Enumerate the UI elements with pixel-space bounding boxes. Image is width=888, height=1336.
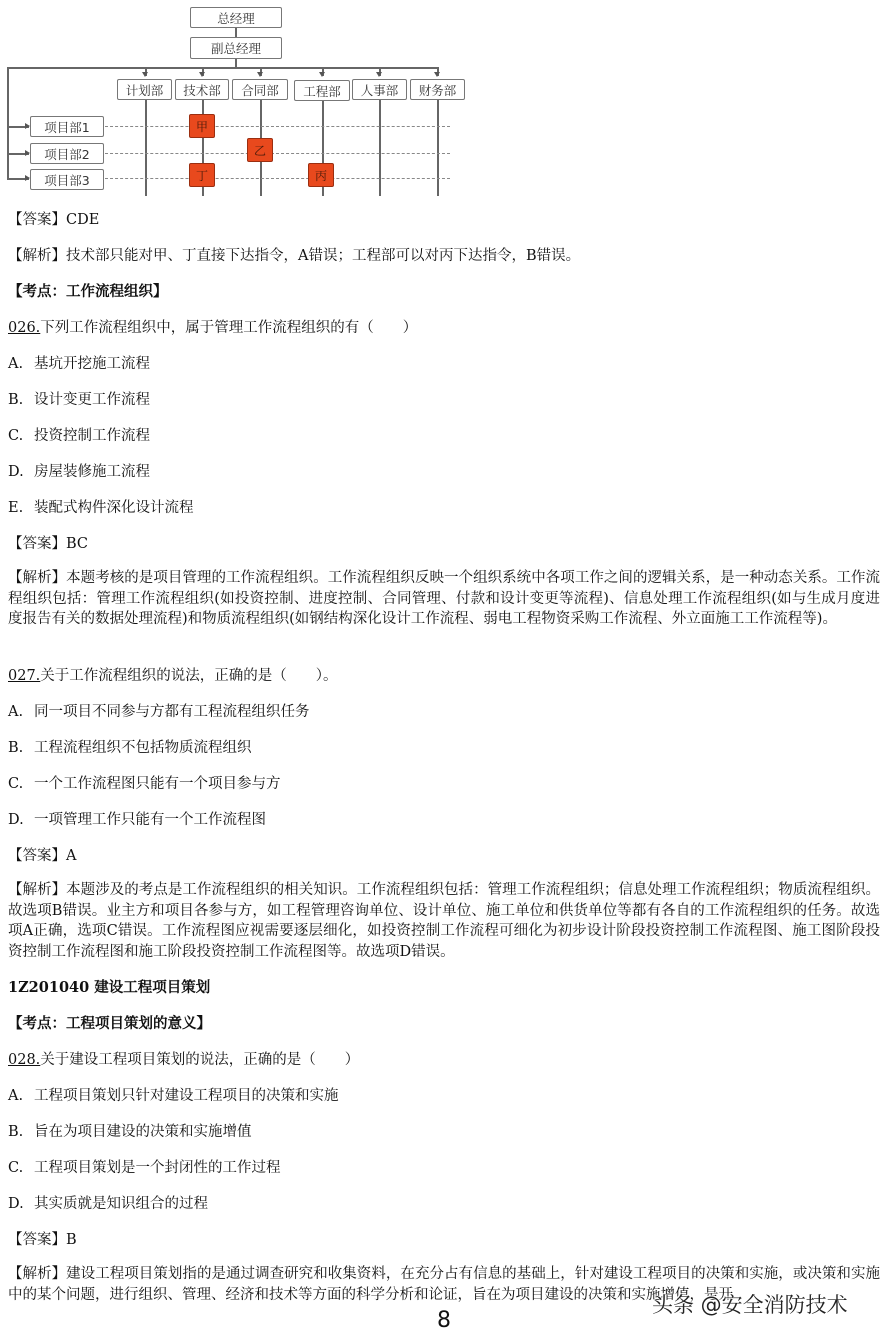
option-letter: A. (8, 1087, 34, 1105)
option-letter: E. (8, 499, 34, 517)
option-letter: A. (8, 703, 34, 721)
option-text: 一个工作流程图只能有一个项目参与方 (34, 776, 281, 792)
q25-analysis: 【解析】技术部只能对甲、丁直接下达指令，A错误；工程部可以对丙下达指令，B错误。 (8, 247, 580, 265)
question-number: 026. (8, 320, 40, 336)
option-c: C.一个工作流程图只能有一个项目参与方 (8, 775, 281, 793)
q27-analysis: 【解析】本题涉及的考点是工作流程组织的相关知识。工作流程组织包括：管理工作流程组… (8, 880, 880, 962)
option-text: 房屋装修施工流程 (34, 464, 150, 480)
option-letter: A. (8, 355, 34, 373)
question-stem: 关于工作流程组织的说法，正确的是（ ）。 (40, 668, 337, 684)
question-number: 028. (8, 1052, 40, 1068)
topic-heading: 【考点：工程项目策划的意义】 (8, 1015, 211, 1033)
option-letter: D. (8, 811, 34, 829)
dept-engineering-box: 工程部 (294, 80, 350, 101)
dept-planning-box: 计划部 (117, 79, 172, 100)
option-text: 工程流程组织不包括物质流程组织 (34, 740, 252, 756)
question-stem: 关于建设工程项目策划的说法，正确的是（ ） (40, 1052, 359, 1068)
dashed-connector (105, 153, 450, 154)
option-letter: D. (8, 1195, 34, 1213)
project-dept-1-box: 项目部1 (30, 116, 104, 137)
option-b: B.旨在为项目建设的决策和实施增值 (8, 1123, 252, 1141)
topic-heading: 【考点：工作流程组织】 (8, 283, 168, 301)
connector (379, 100, 381, 196)
arrow-icon (142, 72, 148, 77)
dept-technical-box: 技术部 (175, 79, 229, 100)
task-label: 甲 (196, 118, 208, 135)
task-ding: 丁 (189, 163, 215, 187)
option-d: D.房屋装修施工流程 (8, 463, 150, 481)
option-letter: D. (8, 463, 34, 481)
box-label: 技术部 (183, 81, 221, 99)
question-number: 027. (8, 668, 40, 684)
task-bing: 丙 (308, 163, 334, 187)
task-label: 丙 (315, 167, 327, 184)
dept-contract-box: 合同部 (232, 79, 288, 100)
option-b: B.工程流程组织不包括物质流程组织 (8, 739, 252, 757)
option-c: C.工程项目策划是一个封闭性的工作过程 (8, 1159, 281, 1177)
dept-hr-box: 人事部 (352, 79, 407, 100)
arrow-icon (319, 72, 325, 77)
connector (235, 28, 237, 37)
option-text: 投资控制工作流程 (34, 428, 150, 444)
arrow-icon (376, 72, 382, 77)
arrow-icon (257, 72, 263, 77)
box-label: 合同部 (241, 81, 279, 99)
question-027: 027.关于工作流程组织的说法，正确的是（ ）。 (8, 667, 338, 685)
task-label: 乙 (254, 142, 266, 159)
option-d: D.其实质就是知识组合的过程 (8, 1195, 208, 1213)
option-text: 设计变更工作流程 (34, 392, 150, 408)
general-manager-box: 总经理 (190, 7, 282, 28)
q27-answer: 【答案】A (8, 847, 76, 865)
section-heading: 1Z201040 建设工程项目策划 (8, 979, 210, 997)
option-text: 工程项目策划是一个封闭性的工作过程 (34, 1160, 281, 1176)
option-text: 基坑开挖施工流程 (34, 356, 150, 372)
box-label: 项目部3 (44, 171, 89, 189)
box-label: 财务部 (419, 81, 457, 99)
box-label: 工程部 (303, 82, 341, 100)
arrow-icon (199, 72, 205, 77)
box-label: 总经理 (217, 9, 255, 27)
box-label: 项目部1 (44, 118, 89, 136)
dashed-connector (105, 126, 450, 127)
box-label: 副总经理 (211, 39, 261, 57)
org-structure-diagram: 总经理 副总经理 计划部 技术部 合同部 工程部 人事部 财务部 项目部1 项目… (0, 0, 480, 198)
option-text: 其实质就是知识组合的过程 (34, 1196, 208, 1212)
option-a: A.工程项目策划只针对建设工程项目的决策和实施 (8, 1087, 339, 1105)
connector (145, 100, 147, 196)
option-a: A.基坑开挖施工流程 (8, 355, 150, 373)
connector (7, 67, 9, 179)
option-letter: B. (8, 739, 34, 757)
deputy-manager-box: 副总经理 (190, 37, 282, 59)
project-dept-2-box: 项目部2 (30, 143, 104, 164)
option-letter: B. (8, 391, 34, 409)
project-dept-3-box: 项目部3 (30, 169, 104, 190)
box-label: 项目部2 (44, 145, 89, 163)
task-label: 丁 (196, 167, 208, 184)
option-a: A.同一项目不同参与方都有工程流程组织任务 (8, 703, 310, 721)
q28-answer: 【答案】B (8, 1231, 77, 1249)
option-d: D.一项管理工作只能有一个工作流程图 (8, 811, 266, 829)
q25-answer: 【答案】CDE (8, 211, 99, 229)
connector (437, 100, 439, 196)
option-b: B.设计变更工作流程 (8, 391, 150, 409)
box-label: 人事部 (361, 81, 399, 99)
option-text: 旨在为项目建设的决策和实施增值 (34, 1124, 252, 1140)
dashed-connector (105, 178, 450, 179)
option-letter: C. (8, 775, 34, 793)
option-text: 装配式构件深化设计流程 (34, 500, 194, 516)
task-jia: 甲 (189, 114, 215, 138)
page-number: 8 (0, 1308, 888, 1333)
option-c: C.投资控制工作流程 (8, 427, 150, 445)
q26-analysis: 【解析】本题考核的是项目管理的工作流程组织。工作流程组织反映一个组织系统中各项工… (8, 568, 880, 630)
option-e: E.装配式构件深化设计流程 (8, 499, 194, 517)
option-text: 工程项目策划只针对建设工程项目的决策和实施 (34, 1088, 339, 1104)
option-letter: C. (8, 1159, 34, 1177)
question-stem: 下列工作流程组织中，属于管理工作流程组织的有（ ） (40, 320, 417, 336)
dept-finance-box: 财务部 (410, 79, 465, 100)
connector (7, 67, 439, 69)
option-letter: C. (8, 427, 34, 445)
option-text: 同一项目不同参与方都有工程流程组织任务 (34, 704, 310, 720)
question-026: 026.下列工作流程组织中，属于管理工作流程组织的有（ ） (8, 319, 417, 337)
option-letter: B. (8, 1123, 34, 1141)
q26-answer: 【答案】BC (8, 535, 88, 553)
task-yi: 乙 (247, 138, 273, 162)
question-028: 028.关于建设工程项目策划的说法，正确的是（ ） (8, 1051, 359, 1069)
option-text: 一项管理工作只能有一个工作流程图 (34, 812, 266, 828)
box-label: 计划部 (126, 81, 164, 99)
arrow-icon (434, 72, 440, 77)
